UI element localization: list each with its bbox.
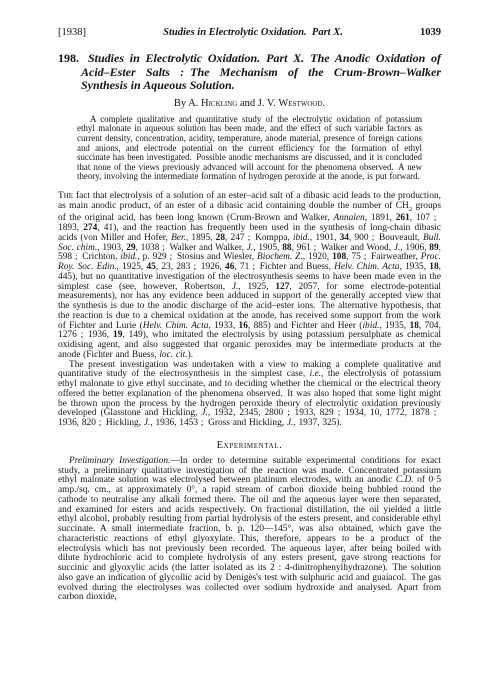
article-title-block: 198.Studies in Electrolytic Oxidation. P…	[58, 52, 441, 93]
article-number: 198.	[58, 51, 79, 65]
byline: By A. Hickling and J. V. Westwood.	[58, 98, 441, 109]
journal-page: [1938] Studies in Electrolytic Oxidation…	[0, 0, 500, 679]
body-paragraph-1: The fact that electrolysis of a solution…	[58, 192, 441, 361]
section-heading-experimental: Experimental.	[58, 440, 441, 451]
header-year: [1938]	[58, 27, 86, 38]
body-paragraph-2: The present investigation was undertaken…	[58, 361, 441, 429]
experimental-paragraph: Preliminary Investigation.—In order to d…	[58, 457, 441, 603]
running-title: Studies in Electrolytic Oxidation. Part …	[163, 27, 343, 38]
abstract: A complete qualitative and quantitative …	[77, 115, 422, 182]
header-page-number: 1039	[420, 27, 441, 38]
article-title: Studies in Electrolytic Oxidation. Part …	[81, 51, 441, 92]
page-header: [1938] Studies in Electrolytic Oxidation…	[58, 27, 441, 38]
